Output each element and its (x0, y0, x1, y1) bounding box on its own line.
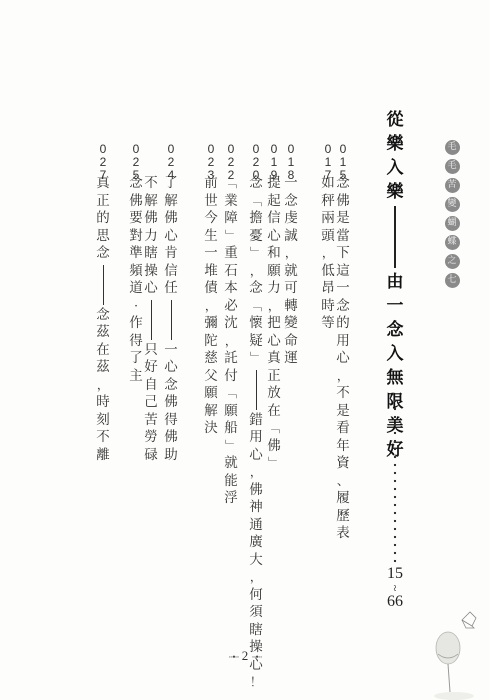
text-char: 障 (224, 210, 238, 228)
text-char: 必 (224, 298, 238, 316)
text-char: 浮 (224, 490, 238, 508)
text-char: 起 (267, 193, 281, 211)
text-char: 、 (337, 473, 349, 491)
text-char: 念 (96, 307, 110, 325)
text-char: 正 (96, 193, 110, 211)
text-char: 得 (129, 333, 143, 351)
text-char: 年 (336, 438, 350, 456)
text-char: 下 (336, 245, 350, 263)
text-char: 變 (284, 315, 298, 333)
text-char: 父 (204, 368, 218, 386)
text-char: 了 (129, 350, 143, 368)
text-char: 歷 (336, 508, 350, 526)
text-char: ， (268, 298, 280, 316)
text-char: 的 (96, 210, 110, 228)
text-char: ， (225, 333, 237, 351)
text-char: 任 (164, 280, 178, 298)
text-char: 只 (144, 342, 158, 360)
text-char: 一 (284, 175, 298, 193)
text-char: 苦 (144, 412, 158, 430)
text-char: 佛 (164, 429, 178, 447)
text-char: ， (285, 245, 297, 263)
text-char: 解 (144, 193, 158, 211)
text-char: 心 (267, 333, 281, 351)
text-char: 正 (267, 368, 281, 386)
text-char: ， (250, 464, 262, 482)
text-char: ﹁ (250, 193, 262, 211)
text-char: 肯 (164, 245, 178, 263)
text-char: 力 (267, 280, 281, 298)
ornament-left: ··•·· (228, 652, 238, 662)
text-char: ﹂ (225, 438, 237, 456)
butterfly-icon (462, 612, 476, 628)
text-char: 堆 (204, 263, 218, 281)
text-char: 虔 (284, 210, 298, 228)
text-char: 須 (249, 604, 263, 622)
text-char: 沈 (224, 315, 238, 333)
text-char: 一 (387, 294, 404, 318)
toc-entry[interactable]: 如秤兩頭，低昂時等 (319, 175, 337, 333)
text-char: 念 (249, 280, 263, 298)
text-char: 願 (224, 403, 238, 421)
text-char: 茲 (96, 324, 110, 342)
toc-entry[interactable]: 念﹁擔憂﹂，念﹁懷疑﹂錯用心，佛神通廣大，何須瞎操心！ (247, 175, 265, 692)
toc-entry[interactable]: 念佛要對準頻道·作得了主 (127, 175, 145, 385)
text-char: 擔 (249, 210, 263, 228)
text-char: ﹂ (250, 350, 262, 368)
text-char: 佛 (164, 394, 178, 412)
text-char: 念 (129, 175, 143, 193)
text-char: 念 (96, 245, 110, 263)
text-char: 信 (164, 263, 178, 281)
text-char: 思 (96, 228, 110, 246)
text-char: 把 (267, 315, 281, 333)
text-char: ﹂ (268, 455, 280, 473)
text-char: 願 (204, 385, 218, 403)
text-char: 佛 (267, 438, 281, 456)
text-char: 時 (321, 298, 335, 316)
text-char: 如 (321, 175, 335, 193)
text-char: 佛 (249, 482, 263, 500)
text-char: 今 (204, 210, 218, 228)
text-char: 對 (129, 228, 143, 246)
em-dash-rule (394, 206, 396, 268)
text-char: 樂 (387, 180, 404, 204)
text-char: 當 (336, 228, 350, 246)
text-char: 廣 (249, 534, 263, 552)
text-char: 一 (164, 342, 178, 360)
text-char: 刻 (96, 412, 110, 430)
text-char: ﹁ (225, 385, 237, 403)
text-char: 願 (267, 263, 281, 281)
text-char: 履 (336, 490, 350, 508)
toc-entry[interactable]: 真正的思念念茲在茲，時刻不離 (94, 175, 112, 464)
text-char: 主 (129, 368, 143, 386)
text-char: 通 (249, 517, 263, 535)
text-char: 船 (224, 420, 238, 438)
dot-leader (393, 397, 397, 567)
seal-char: 蝶 (445, 235, 460, 250)
text-char: 疑 (249, 333, 263, 351)
text-char: 不 (336, 385, 350, 403)
text-char: 看 (336, 420, 350, 438)
text-char: 樂 (387, 132, 404, 156)
em-dash-rule (256, 370, 257, 410)
text-char: ﹁ (225, 175, 237, 193)
text-char: 好 (144, 359, 158, 377)
text-char: 心 (164, 228, 178, 246)
toc-entry[interactable]: ﹁業障﹂重石本必沈，託付﹁願船﹂就能浮 (222, 175, 240, 508)
text-char: 瞎 (144, 245, 158, 263)
text-char: 等 (321, 315, 335, 333)
text-char: 誠 (284, 228, 298, 246)
text-char: 瞎 (249, 622, 263, 640)
text-char: 付 (224, 368, 238, 386)
text-char: 解 (164, 193, 178, 211)
text-char: 了 (164, 175, 178, 193)
text-char: 前 (204, 175, 218, 193)
em-dash-rule (151, 300, 152, 340)
text-char: 心 (336, 350, 350, 368)
text-char: 操 (144, 263, 158, 281)
text-char: 茲 (96, 359, 110, 377)
text-char: 念 (336, 298, 350, 316)
text-char: 助 (164, 447, 178, 465)
text-char: 要 (129, 210, 143, 228)
text-char: 念 (164, 377, 178, 395)
text-char: 是 (336, 210, 350, 228)
text-char: 秤 (321, 193, 335, 211)
text-char: 在 (96, 342, 110, 360)
text-char: 這 (336, 263, 350, 281)
text-char: 石 (224, 263, 238, 281)
text-char: 心 (249, 447, 263, 465)
text-char: 念 (284, 193, 298, 211)
text-char: 碌 (144, 447, 158, 465)
page-number: ··•·· 2 ··•·· (200, 648, 290, 664)
text-char: 離 (96, 447, 110, 465)
text-char: 本 (224, 280, 238, 298)
text-char: 和 (267, 245, 281, 263)
text-char: 兩 (321, 210, 335, 228)
text-char: 一 (336, 280, 350, 298)
text-char: 作 (129, 315, 143, 333)
toc-entry[interactable]: 了解佛心肯信任一心念佛得佛助 (162, 175, 180, 464)
text-char: 佛 (129, 193, 143, 211)
text-char: 昂 (321, 280, 335, 298)
flower-butterfly-illustration (430, 610, 490, 700)
text-char: 佛 (336, 193, 350, 211)
text-char: 懷 (249, 315, 263, 333)
seal-char: 之 (445, 254, 460, 269)
text-char: ﹁ (250, 298, 262, 316)
text-char: 從 (387, 108, 404, 132)
text-char: 己 (144, 394, 158, 412)
text-char: 真 (267, 350, 281, 368)
text-char: 解 (204, 403, 218, 421)
text-char: 念 (387, 318, 404, 342)
text-char: 心 (144, 280, 158, 298)
text-char: 用 (249, 429, 263, 447)
text-char: 無 (387, 366, 404, 390)
text-char: 頭 (321, 228, 335, 246)
text-char: ， (337, 368, 349, 386)
em-dash-rule (171, 300, 172, 340)
text-char: 資 (336, 455, 350, 473)
text-char: 在 (267, 403, 281, 421)
text-char: 是 (336, 403, 350, 421)
text-char: 命 (284, 333, 298, 351)
text-char: 生 (204, 228, 218, 246)
text-char: 債 (204, 280, 218, 298)
text-char: 彌 (204, 315, 218, 333)
toc-entry[interactable]: 一念虔誠，就可轉變命運 (282, 175, 300, 368)
text-char: 由 (387, 270, 404, 294)
chapter-page-range: 15 ~ 66 (380, 566, 410, 610)
text-char: 念 (249, 175, 263, 193)
text-char: 就 (284, 263, 298, 281)
text-char: 入 (387, 342, 404, 366)
text-char: 能 (224, 473, 238, 491)
text-char: 決 (204, 420, 218, 438)
em-dash-rule (103, 265, 104, 305)
toc-entry[interactable]: 前世今生一堆債，彌陀慈父願解決 (202, 175, 220, 438)
text-char: ﹂ (225, 228, 237, 246)
text-char: 真 (96, 175, 110, 193)
text-char: ， (250, 569, 262, 587)
text-char: 何 (249, 587, 263, 605)
text-char: 運 (284, 350, 298, 368)
text-char: 低 (321, 263, 335, 281)
text-char: 得 (164, 412, 178, 430)
text-char: 入 (387, 156, 404, 180)
text-char: 道 (129, 280, 143, 298)
series-seal-column: 毛 毛 苦 變 蝴 蝶 之 七 (443, 140, 461, 288)
text-char: 時 (96, 394, 110, 412)
page-separator: ~ (389, 573, 401, 603)
text-char: ！ (250, 674, 262, 692)
text-char: 託 (224, 350, 238, 368)
text-char: 信 (267, 210, 281, 228)
seal-char: 蝴 (445, 216, 460, 231)
flower-bud-icon (434, 632, 474, 700)
text-char: ， (322, 245, 334, 263)
text-char: 放 (267, 385, 281, 403)
text-char: 表 (336, 525, 350, 543)
seal-char: 毛 (445, 140, 460, 155)
text-char: 憂 (249, 228, 263, 246)
seal-char: 苦 (445, 178, 460, 193)
ornament-right: ··•·· (252, 652, 262, 662)
text-char: 提 (267, 175, 281, 193)
text-char: 心 (164, 359, 178, 377)
text-char: 大 (249, 552, 263, 570)
text-char: 神 (249, 499, 263, 517)
text-char: 用 (336, 333, 350, 351)
text-char: 陀 (204, 333, 218, 351)
text-char: 心 (267, 228, 281, 246)
text-char: 準 (129, 245, 143, 263)
text-char: 力 (144, 228, 158, 246)
text-char: 的 (336, 315, 350, 333)
text-char: 自 (144, 377, 158, 395)
toc-entry[interactable]: 提起信心和願力，把心真正放在﹁佛﹂ (265, 175, 283, 473)
text-char: · (134, 298, 138, 316)
text-char: 佛 (164, 210, 178, 228)
seal-char: 變 (445, 197, 460, 212)
text-char: 錯 (249, 412, 263, 430)
text-char: 佛 (144, 210, 158, 228)
text-char: 慈 (204, 350, 218, 368)
text-char: 勞 (144, 429, 158, 447)
text-char: 念 (336, 175, 350, 193)
seal-char: 七 (445, 273, 460, 288)
text-char: ， (250, 263, 262, 281)
text-char: 可 (284, 280, 298, 298)
text-char: 不 (96, 429, 110, 447)
text-char: 業 (224, 193, 238, 211)
text-char: 重 (224, 245, 238, 263)
text-char: ， (205, 298, 217, 316)
page-number-value: 2 (242, 648, 249, 663)
seal-char: 毛 (445, 159, 460, 174)
text-char: ﹂ (250, 245, 262, 263)
text-char: 不 (144, 175, 158, 193)
text-char: 頻 (129, 263, 143, 281)
text-char: ， (97, 377, 109, 395)
text-char: 世 (204, 193, 218, 211)
text-char: 轉 (284, 298, 298, 316)
toc-page: 毛 毛 苦 變 蝴 蝶 之 七 從樂入樂由一念入無限美好 15 ~ 66 015… (0, 0, 490, 700)
text-char: 一 (204, 245, 218, 263)
text-char: ﹁ (268, 420, 280, 438)
text-char: 就 (224, 455, 238, 473)
